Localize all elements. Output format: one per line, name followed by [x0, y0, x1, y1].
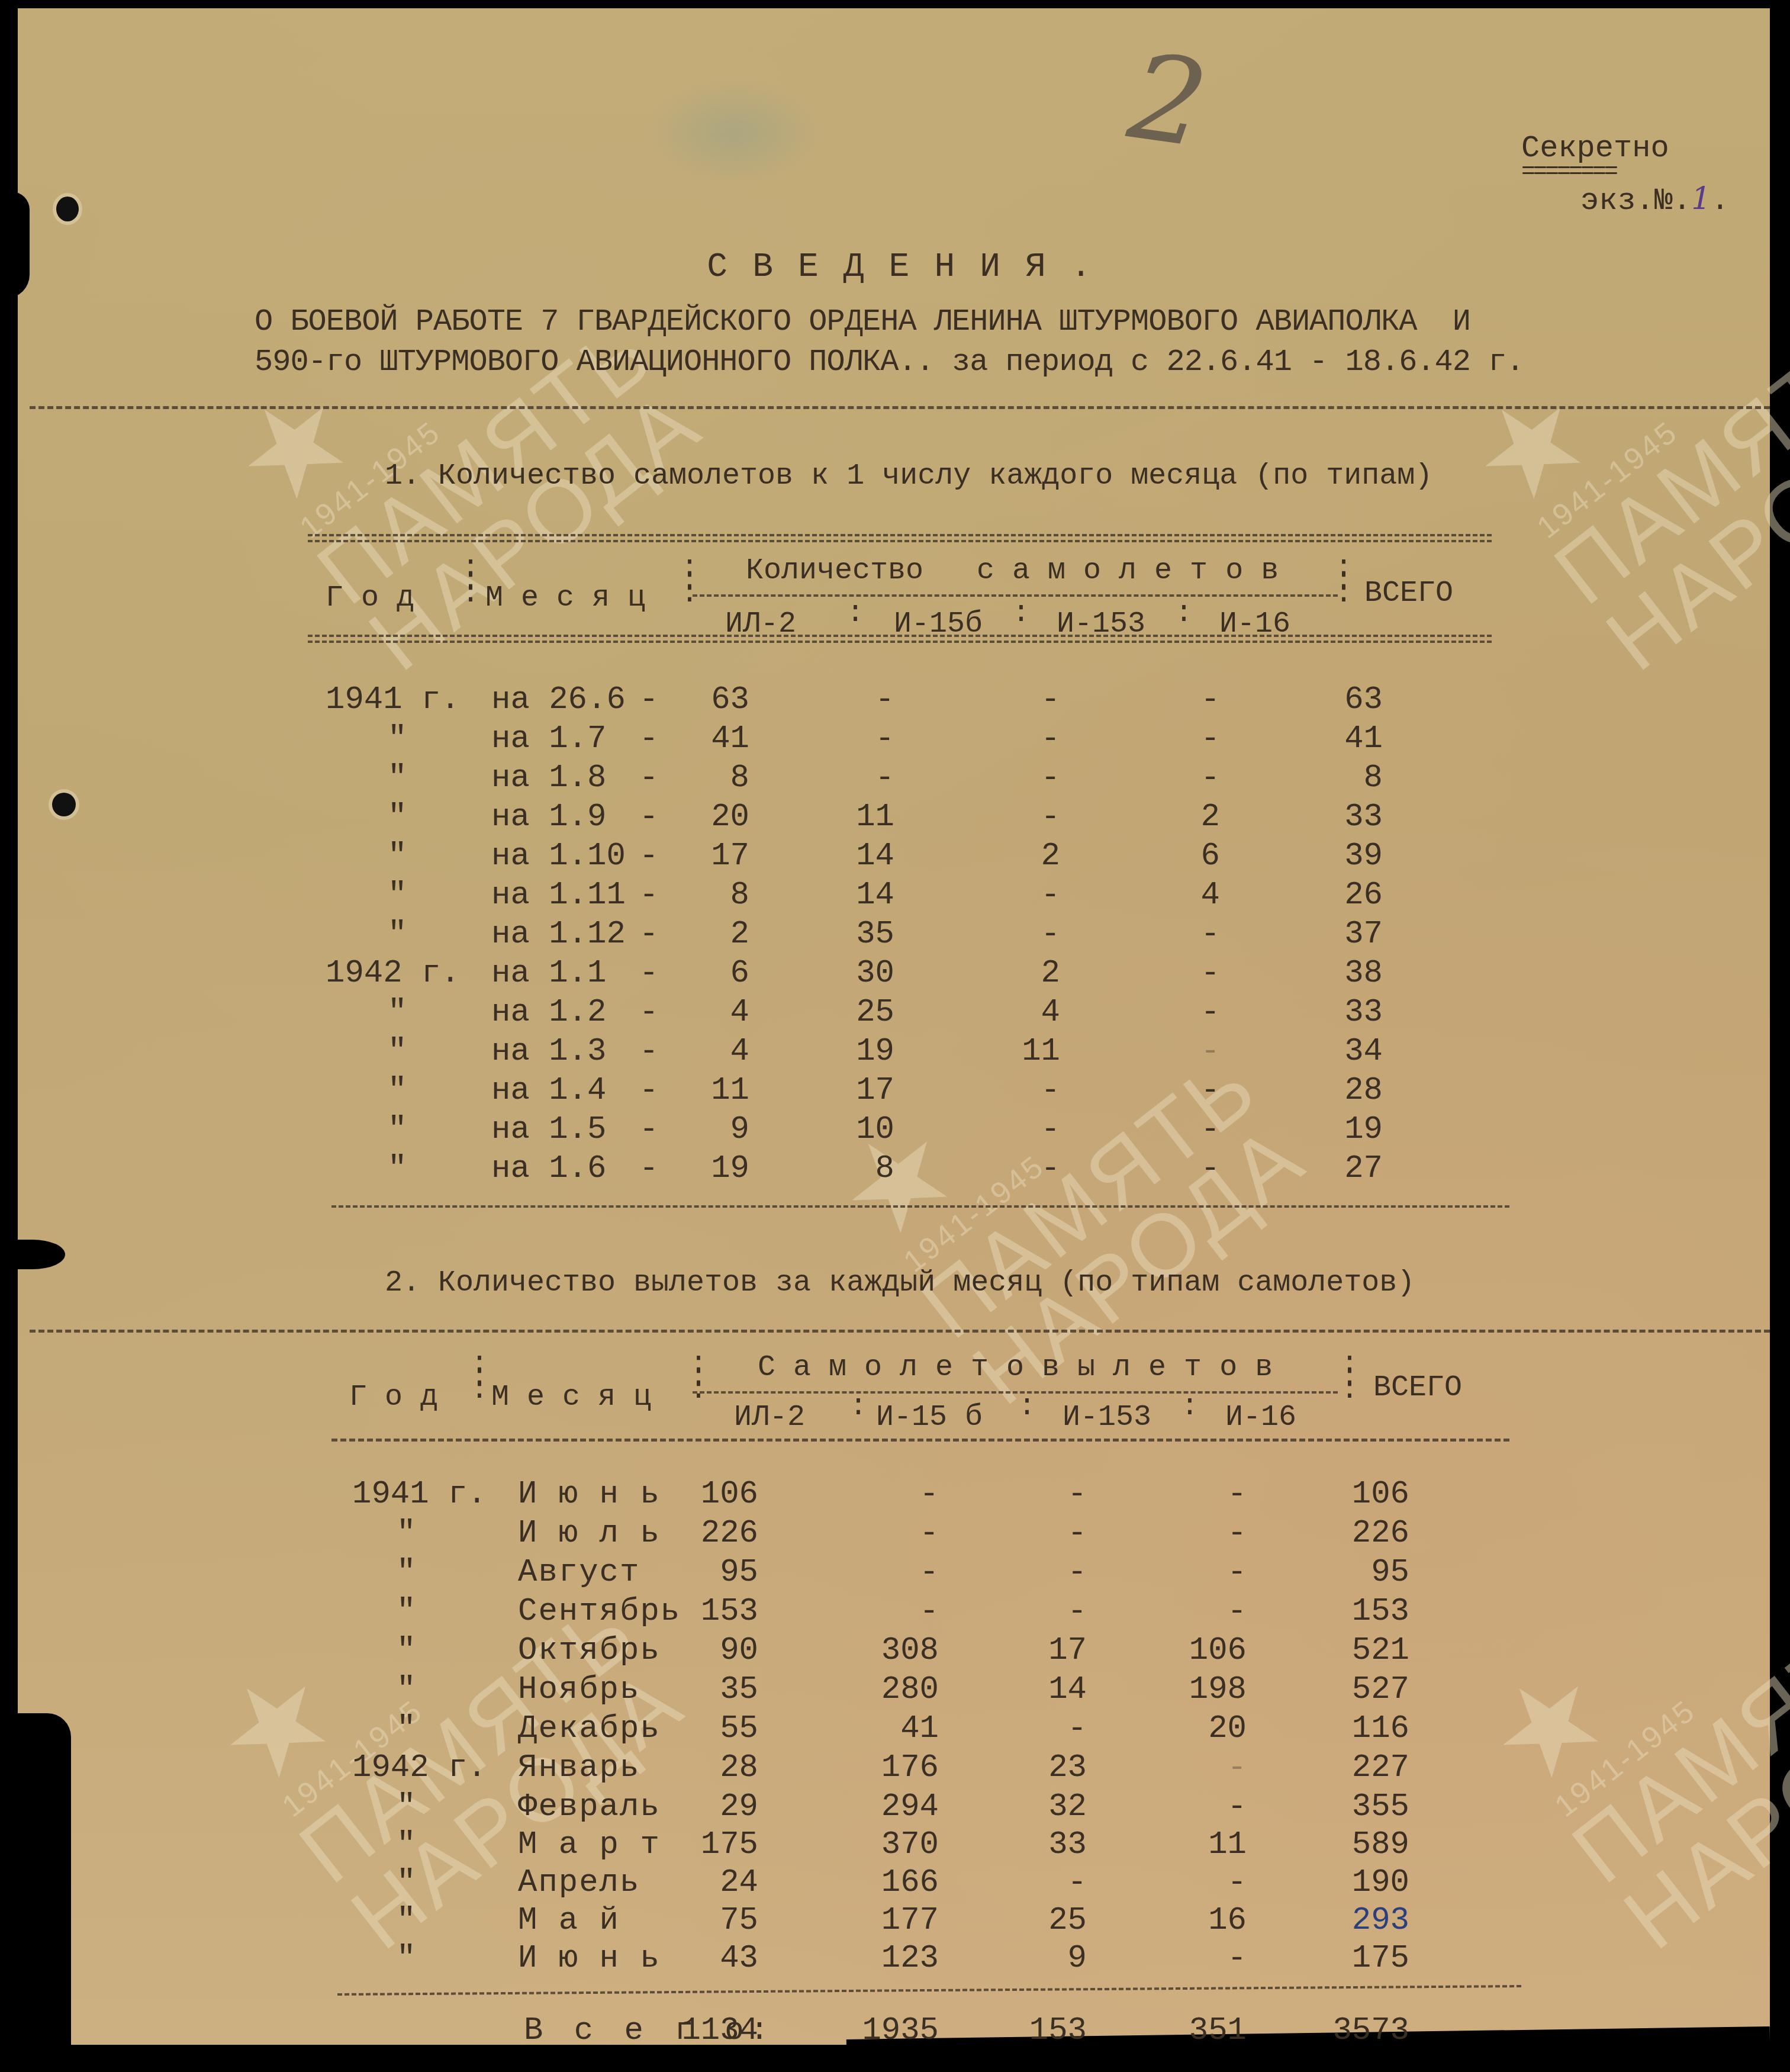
table-row: " на 1.5 - 9 10 - - 19: [18, 1112, 1770, 1151]
table1-header-bottom-rule: [308, 635, 1492, 643]
table1-bottom-rule: [331, 1205, 1509, 1208]
column-separator: :: [1012, 607, 1024, 620]
column-separator: :: [1181, 1401, 1193, 1414]
column-separator: :: [849, 1401, 861, 1414]
table-row: " М а р т 175 370 33 11 589: [18, 1827, 1770, 1866]
column-separator: :::: [1341, 1358, 1353, 1397]
table-row: " на 1.3 - 4 19 11 - 34: [18, 1034, 1770, 1073]
table-row: " Декабрь 55 41 - 20 116: [18, 1711, 1770, 1750]
table2-header-year: Г о д: [349, 1381, 438, 1414]
table-row: " Ноябрь 35 280 14 198 527: [18, 1672, 1770, 1711]
table1-header-top-rule: [308, 534, 1492, 542]
table2-header-bottom-rule: [331, 1439, 1509, 1442]
table2-header-il2: ИЛ-2: [734, 1401, 805, 1434]
table-row: " М а й 75 177 25 16 293: [18, 1903, 1770, 1942]
document-title: СВЕДЕНИЯ.: [18, 248, 1770, 287]
table2-totals-row: В с е г о: 1134 1935 153 351 3573: [18, 2013, 1770, 2052]
table2-header-i16: И-16: [1225, 1401, 1296, 1434]
table-row: " И ю л ь 226 - - - 226: [18, 1516, 1770, 1555]
document-subtitle-line2: 590-го ШТУРМОВОГО АВИАЦИОННОГО ПОЛКА.. з…: [255, 345, 1524, 379]
table2-title: 2. Количество вылетов за каждый месяц (п…: [385, 1266, 1415, 1300]
table2-header-group: С а м о л е т о в ы л е т о в: [758, 1351, 1273, 1385]
table-row: 1941 г. на 26.6 - 63 - - - 63: [18, 682, 1770, 721]
divider: [30, 406, 1770, 409]
column-separator: :::: [690, 1358, 701, 1397]
faded-stamp: [645, 79, 823, 186]
table2-header-i153: И-153: [1063, 1401, 1151, 1434]
table1-header-month: М е с я ц: [485, 581, 645, 615]
column-separator: :::: [462, 562, 474, 601]
column-separator: :::: [471, 1358, 482, 1397]
table-row: " на 1.9 - 20 11 - 2 33: [18, 799, 1770, 838]
table2-header-group-rule: [693, 1391, 1338, 1394]
table-row: " Сентябрь 153 - - - 153: [18, 1594, 1770, 1633]
table1-title: 1. Количество самолетов к 1 числу каждог…: [385, 459, 1432, 493]
table-row: " на 1.12 - 2 35 - - 37: [18, 916, 1770, 955]
table2-header-i15b: И-15 б: [876, 1401, 983, 1434]
document-subtitle-line1: О БОЕВОЙ РАБОТЕ 7 ГВАРДЕЙСКОГО ОРДЕНА ЛЕ…: [255, 304, 1470, 339]
table-row: " на 1.10 - 17 14 2 6 39: [18, 838, 1770, 877]
table-row: " Октябрь 90 308 17 106 521: [18, 1633, 1770, 1672]
table-row: " Август 95 - - - 95: [18, 1555, 1770, 1594]
table-row: " И ю н ь 43 123 9 - 175: [18, 1941, 1770, 1980]
column-separator: :::: [1335, 562, 1347, 601]
table-row: " на 1.4 - 11 17 - - 28: [18, 1073, 1770, 1112]
table1-header-group: Количество с а м о л е т о в: [746, 554, 1279, 588]
punch-hole: [56, 197, 79, 221]
table-row: 1941 г. И ю н ь 106 - - - 106: [18, 1476, 1770, 1516]
table2-header-month: М е с я ц: [491, 1381, 651, 1414]
classification-block: Секретно ======== экз.№.1.: [1521, 133, 1730, 217]
table1-header-year: Г о д: [326, 581, 414, 615]
column-separator: :: [846, 607, 858, 620]
table2-header-total: ВСЕГО: [1373, 1371, 1462, 1405]
document-page: ★ 1941-1945 ПАМЯТЬ НАРОДА ★ 1941-1945 ПА…: [18, 8, 1770, 2045]
copy-number: экз.№.1.: [1521, 183, 1730, 218]
table-row: " на 1.2 - 4 25 4 - 33: [18, 995, 1770, 1034]
table1-header-total: ВСЕГО: [1364, 577, 1453, 610]
divider: [30, 1330, 1770, 1333]
table-row: 1942 г. Январь 28 176 23 - 227: [18, 1750, 1770, 1789]
handwritten-page-number: 2: [1121, 27, 1215, 174]
torn-edge: [0, 1240, 65, 1269]
table-row: " на 1.8 - 8 - - - 8: [18, 760, 1770, 799]
column-separator: :: [1018, 1401, 1030, 1414]
table-row: 1942 г. на 1.1 - 6 30 2 - 38: [18, 955, 1770, 995]
column-separator: :::: [681, 562, 693, 601]
table-row: " на 1.7 - 41 - - - 41: [18, 721, 1770, 760]
table-row: " на 1.11 - 8 14 - 4 26: [18, 877, 1770, 916]
table-row: " на 1.6 - 19 8 - - 27: [18, 1151, 1770, 1190]
table2-totals-rule: [337, 1985, 1521, 1996]
column-separator: :: [1175, 607, 1187, 620]
table-row: " Февраль 29 294 32 - 355: [18, 1789, 1770, 1828]
table-row: " Апрель 24 166 - - 190: [18, 1865, 1770, 1904]
